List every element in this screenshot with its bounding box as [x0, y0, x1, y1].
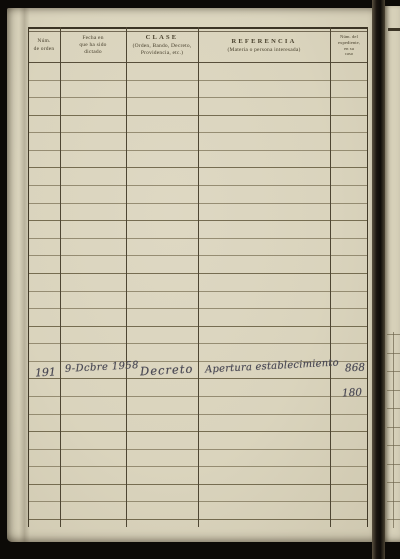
next-page-edge: [385, 6, 400, 542]
next-page-row-rule: [387, 427, 400, 428]
header-text: Núm.: [37, 38, 50, 45]
header-cell-clase: CLASE (Orden, Bando, Decreto, Providenci…: [126, 29, 198, 62]
next-page-row-rule: [387, 445, 400, 446]
header-text: caso: [345, 51, 354, 57]
entry-clase: Decreto: [140, 362, 194, 379]
entry-num-orden: 191: [35, 365, 57, 379]
next-page-top-rule: [388, 28, 400, 31]
next-page-row-rule: [387, 371, 400, 372]
entry-expediente-second: 180: [342, 386, 363, 399]
header-text: dictado: [84, 49, 102, 56]
scanned-ledger-photo: Núm. de orden Fecha en que ha sido dicta…: [0, 0, 400, 559]
header-text: Fecha en: [82, 35, 103, 42]
registry-table: Núm. de orden Fecha en que ha sido dicta…: [28, 27, 368, 527]
header-text: (Materia o persona interesada): [227, 47, 300, 54]
header-cell-num-orden: Núm. de orden: [28, 29, 60, 62]
entry-expediente: 868: [345, 361, 366, 374]
next-page-row-rule: [387, 334, 400, 335]
next-page-column-rule: [393, 332, 394, 528]
header-cell-fecha: Fecha en que ha sido dictado: [60, 29, 126, 62]
header-cell-expediente: Núm. del expediente, en su caso: [330, 29, 368, 62]
next-page-row-rule: [387, 353, 400, 354]
header-cell-referencia: REFERENCIA (Materia o persona interesada…: [198, 29, 330, 62]
next-page-row-rule: [387, 408, 400, 409]
next-page-row-rule: [387, 390, 400, 391]
next-page-row-rule: [387, 482, 400, 483]
column-divider: [60, 27, 61, 527]
column-divider: [330, 27, 331, 527]
header-text: Providencia, etc.): [141, 50, 183, 57]
header-text: que ha sido: [79, 42, 106, 49]
header-title: CLASE: [146, 33, 179, 43]
next-page-row-rule: [387, 519, 400, 520]
next-page-row-rule: [387, 464, 400, 465]
column-divider: [126, 27, 127, 527]
book-gutter-shadow: [372, 0, 385, 559]
ledger-page: Núm. de orden Fecha en que ha sido dicta…: [7, 8, 373, 542]
next-page-row-rule: [387, 501, 400, 502]
column-divider: [198, 27, 199, 527]
table-left-rule: [28, 27, 29, 527]
header-title: REFERENCIA: [232, 37, 297, 47]
table-right-rule: [367, 27, 368, 527]
header-text: de orden: [34, 46, 55, 53]
